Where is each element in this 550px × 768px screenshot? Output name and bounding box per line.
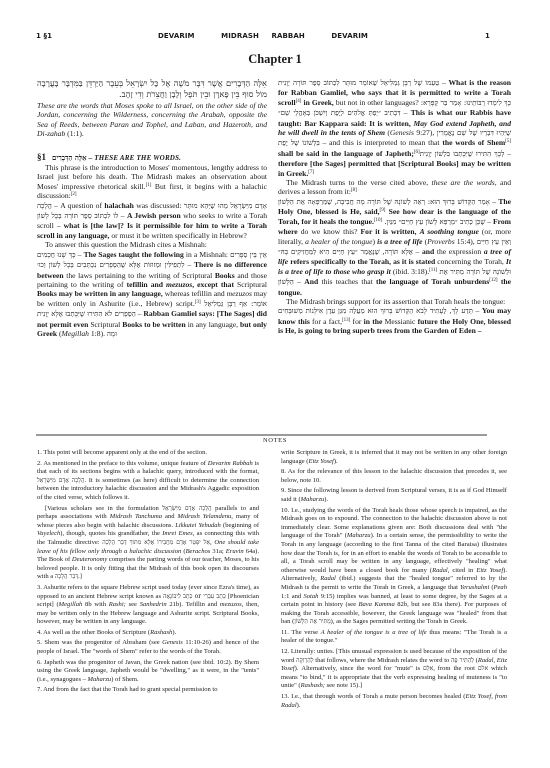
notes-column-right: write Scripture in Greek, it is inferred… xyxy=(281,449,507,712)
document-page: 1 §1 DEVARIM MIDRASH RABBAH DEVARIM 1 Ch… xyxy=(0,0,550,768)
paragraph-support-intro: The Midrash brings support for its asser… xyxy=(278,297,511,306)
note-7: 7. And from the fact that the Torah had … xyxy=(37,686,259,695)
notes-heading: NOTES xyxy=(0,437,550,444)
section-title: THESE ARE THE WORDS. xyxy=(94,154,181,162)
note-10: 10. I.e., studying the words of the Tora… xyxy=(281,507,507,627)
verse-hebrew: אֵלֶּה הַדְּבָרִים אֲשֶׁר דִּבֶּר מֹשֶׁה… xyxy=(37,78,267,99)
paragraph-mishnah-intro: To answer this question the Midrash cite… xyxy=(37,240,267,249)
paragraph-mishnah: כָּךְ שָׁנוּ חֲכָמִים – The Sages taught… xyxy=(37,250,267,340)
note-2-continued: [Various scholars see in the formulation… xyxy=(37,505,259,582)
paragraph-intro: This phrase is the introduction to Moses… xyxy=(37,163,267,201)
note-13: 13. I.e., that through words of Torah a … xyxy=(281,693,507,710)
note-1: 1. This point will become apparent only … xyxy=(37,449,259,458)
page-number: 1 xyxy=(485,32,490,40)
note-11: 11. The verse A healer of the tongue is … xyxy=(281,629,507,646)
note-5: 5. Shem was the progenitor of Abraham (s… xyxy=(37,639,259,656)
footnote-ref-11[interactable]: [11] xyxy=(429,268,437,273)
footnote-ref-2[interactable]: [2] xyxy=(71,192,77,197)
section-number: §1 xyxy=(37,152,46,162)
running-head-center: DEVARIM MIDRASH RABBAH DEVARIM xyxy=(36,32,490,40)
notes-column-left: 1. This point will become apparent only … xyxy=(37,449,259,697)
chapter-title: Chapter 1 xyxy=(0,52,550,67)
footnote-ref-12[interactable]: [12] xyxy=(489,278,497,283)
running-head-book-2: DEVARIM xyxy=(331,32,368,40)
footnote-ref-8[interactable]: [8] xyxy=(351,188,357,193)
section-heading: §1אֵלֶּה הַדְּבָרִים – THESE ARE THE WOR… xyxy=(37,153,267,163)
notes-divider xyxy=(36,434,487,436)
footnote-ref-5[interactable]: [5] xyxy=(505,139,511,144)
note-2: 2. As mentioned in the preface to this v… xyxy=(37,460,259,503)
running-head-work: MIDRASH RABBAH xyxy=(221,32,305,40)
verse-translation: These are the words that Moses spoke to … xyxy=(37,101,267,139)
note-8: 8. As for the relevance of this lesson t… xyxy=(281,468,507,485)
main-column-left: אֵלֶּה הַדְּבָרִים אֲשֶׁר דִּבֶּר מֹשֶׁה… xyxy=(37,78,267,339)
main-column-right: טַעְמוֹ שֶׁל רַבָּן גַּמְלִיאֵל שֶׁאוֹמֵ… xyxy=(278,78,511,336)
footnote-ref-7[interactable]: [7] xyxy=(308,170,314,175)
note-4: 4. As well as the other Books of Scriptu… xyxy=(37,629,259,638)
paragraph-heals-tongue: אָמַר הַקָּדוֹשׁ בָּרוּךְ הוּא: רְאֵה לְ… xyxy=(278,197,511,297)
footnote-ref-10[interactable]: [10] xyxy=(374,218,382,223)
note-6: 6. Japheth was the progenitor of Javan, … xyxy=(37,659,259,685)
paragraph-garden-of-eden: תֵּדַע לָךְ, לֶעָתִיד לָבֹא הַקָּדוֹשׁ ב… xyxy=(278,306,511,335)
paragraph-gamliel-reason: טַעְמוֹ שֶׁל רַבָּן גַּמְלִיאֵל שֶׁאוֹמֵ… xyxy=(278,78,511,178)
paragraph-verse-lesson: The Midrash turns to the verse cited abo… xyxy=(278,178,511,197)
note-3: 3. Ashurite refers to the square Hebrew … xyxy=(37,584,259,627)
note-12: 12. Literally: unties. [This unusual exp… xyxy=(281,648,507,691)
note-7-continued: write Scripture in Greek, it is inferred… xyxy=(281,449,507,466)
running-head: 1 §1 DEVARIM MIDRASH RABBAH DEVARIM 1 xyxy=(36,32,490,44)
running-head-book: DEVARIM xyxy=(158,32,195,40)
note-9: 9. Since the following lesson is derived… xyxy=(281,487,507,504)
section-lemma-hebrew: אֵלֶּה הַדְּבָרִים xyxy=(52,153,87,162)
paragraph-halachah: הֲלָכָה – A question of halachah was dis… xyxy=(37,201,267,241)
footnote-ref-3[interactable]: [3] xyxy=(195,300,201,305)
